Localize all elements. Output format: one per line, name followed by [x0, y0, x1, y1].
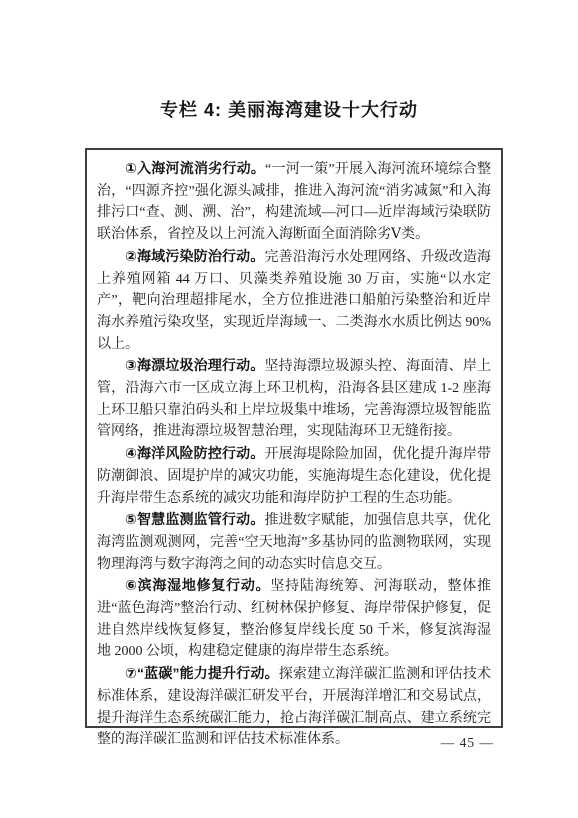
action-item: ①入海河流消劣行动。“一河一策”开展入海河流环境综合整治，“四源齐控”强化源头减…	[97, 158, 491, 246]
action-item: ⑥滨海湿地修复行动。坚持陆海统筹、河海联动，整体推进“蓝色海湾”整治行动、红树林…	[97, 575, 491, 663]
action-item-title: ①入海河流消劣行动。	[125, 160, 265, 176]
action-item-title: ③海漂垃圾治理行动。	[125, 357, 265, 373]
action-item-title: ⑦“蓝碳”能力提升行动。	[125, 665, 279, 681]
action-item: ③海漂垃圾治理行动。坚持海漂垃圾源头控、海面清、岸上管，沿海六市一区成立海上环卫…	[97, 355, 491, 443]
action-item-title: ②海域污染防治行动。	[125, 248, 265, 264]
page-number: — 45 —	[441, 735, 494, 751]
document-page: 专栏 4: 美丽海湾建设十大行动 ①入海河流消劣行动。“一河一策”开展入海河流环…	[0, 0, 578, 818]
action-item-title: ⑥滨海湿地修复行动。	[125, 577, 270, 593]
action-item-title: ⑤智慧监测监管行动。	[125, 511, 265, 527]
action-list-box: ①入海河流消劣行动。“一河一策”开展入海河流环境综合整治，“四源齐控”强化源头减…	[85, 148, 503, 728]
action-item: ⑦“蓝碳”能力提升行动。探索建立海洋碳汇监测和评估技术标准体系，建设海洋碳汇研发…	[97, 663, 491, 751]
page-title: 专栏 4: 美丽海湾建设十大行动	[0, 96, 578, 122]
action-item: ④海洋风险防控行动。开展海堤除险加固，优化提升海岸带防潮御浪、固堤护岸的减灾功能…	[97, 443, 491, 509]
action-item-body: 完善沿海污水处理网络、升级改造海上养殖网箱 44 万口、贝藻类养殖设施 30 万…	[97, 250, 491, 352]
action-item: ⑤智慧监测监管行动。推进数字赋能，加强信息共享，优化海湾监测观测网，完善“空天地…	[97, 509, 491, 575]
action-item: ②海域污染防治行动。完善沿海污水处理网络、升级改造海上养殖网箱 44 万口、贝藻…	[97, 246, 491, 356]
action-item-title: ④海洋风险防控行动。	[125, 445, 265, 461]
